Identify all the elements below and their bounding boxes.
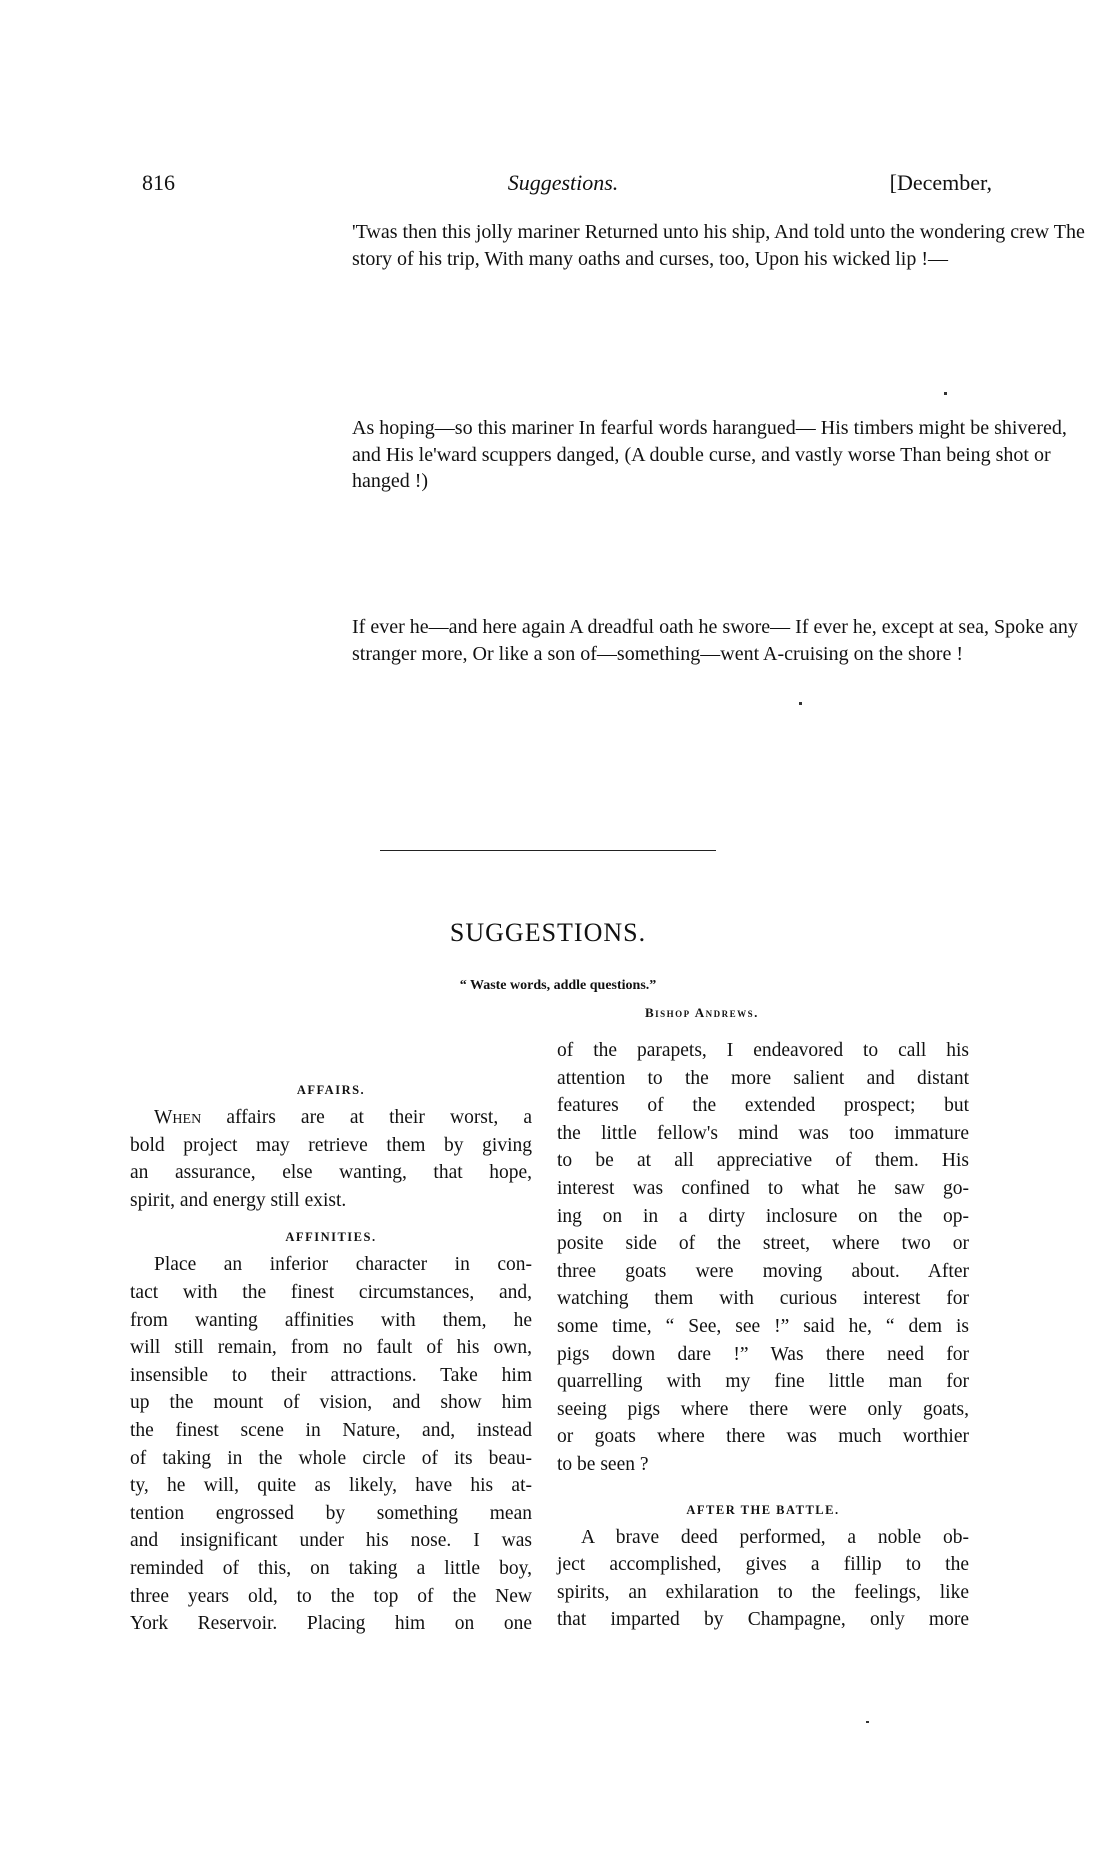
text-line: insensible to their attractions. Take hi… [130, 1362, 532, 1390]
text-line: spirit, and energy still exist. [130, 1187, 532, 1215]
text-line: an assurance, else wanting, that hope, [130, 1159, 532, 1187]
text-line: ject accomplished, gives a fillip to the [557, 1551, 969, 1579]
scan-speck [799, 702, 802, 705]
text-line: A brave deed performed, a noble ob- [557, 1524, 969, 1552]
poem-line: 'Twas then this jolly mariner [352, 221, 580, 243]
text-line: will still remain, from no fault of his … [130, 1334, 532, 1362]
text-line: Place an inferior character in con- [130, 1251, 532, 1279]
text-line: tention engrossed by something mean [130, 1500, 532, 1528]
poem-stanza: If ever he—and here again A dreadful oat… [352, 614, 1096, 667]
paragraph-after-the-battle: A brave deed performed, a noble ob- ject… [557, 1524, 969, 1634]
text-line: of the parapets, I endeavored to call hi… [557, 1037, 969, 1065]
text-line: bold project may retrieve them by giving [130, 1132, 532, 1160]
text-line: quarrelling with my fine little man for [557, 1368, 969, 1396]
text-line: the finest scene in Nature, and, instead [130, 1417, 532, 1445]
section-heading-affairs: AFFAIRS. [130, 1077, 532, 1104]
text-line: seeing pigs where there were only goats, [557, 1396, 969, 1424]
poem-line: His le'ward scuppers danged, [386, 444, 620, 466]
text-line: interest was confined to what he saw go- [557, 1175, 969, 1203]
text-line: that imparted by Champagne, only more [557, 1606, 969, 1634]
scan-speck [866, 1721, 869, 1723]
paragraph-continuation: of the parapets, I endeavored to call hi… [557, 1037, 969, 1479]
poem-stanza: 'Twas then this jolly mariner Returned u… [352, 219, 1096, 272]
text-line: to be seen ? [557, 1451, 969, 1479]
text-line: spirits, an exhilaration to the feelings… [557, 1579, 969, 1607]
poem-stanza: As hoping—so this mariner In fearful wor… [352, 415, 1096, 495]
poem-line: Or like a son of—something—went [473, 643, 760, 665]
text-line: affairs are at their worst, a [201, 1107, 532, 1128]
right-column: of the parapets, I endeavored to call hi… [557, 1037, 969, 1634]
text-line: or goats where there was much worthier [557, 1423, 969, 1451]
text-line: some time, “ See, see !” said he, “ dem … [557, 1313, 969, 1341]
text-line: pigs down dare !” Was there need for [557, 1341, 969, 1369]
text-line: from wanting affinities with them, he [130, 1307, 532, 1335]
poem-line: A-cruising on the shore ! [763, 643, 963, 665]
text-line: the little fellow's mind was too immatur… [557, 1120, 969, 1148]
lead-word: When [154, 1107, 201, 1128]
text-line: three years old, to the top of the New [130, 1583, 532, 1611]
poem-line: And told unto the wondering crew [774, 221, 1049, 243]
section-divider-rule [380, 850, 716, 851]
text-line: features of the extended prospect; but [557, 1092, 969, 1120]
epigraph-attribution: Bishop Andrews. [645, 1005, 759, 1021]
paragraph-affairs: When affairs are at their worst, a bold … [130, 1104, 532, 1214]
text-line: ing on in a dirty inclosure on the op- [557, 1203, 969, 1231]
running-date: [December, [890, 170, 992, 196]
text-line: of taking in the whole circle of its bea… [130, 1445, 532, 1473]
scan-speck [944, 392, 947, 395]
poem-line: As hoping—so this mariner [352, 417, 574, 439]
paragraph-affinities: Place an inferior character in con- tact… [130, 1251, 532, 1637]
text-line: attention to the more salient and distan… [557, 1065, 969, 1093]
left-column: AFFAIRS. When affairs are at their worst… [130, 1077, 532, 1638]
poem-line: If ever he, except at sea, [795, 616, 989, 638]
poem-line: With many oaths and curses, too, [484, 248, 749, 270]
epigraph-quote: “ Waste words, addle questions.” [0, 978, 1096, 994]
text-line: York Reservoir. Placing him on one [130, 1610, 532, 1638]
section-heading-after-the-battle: AFTER THE BATTLE. [557, 1497, 969, 1524]
poem-line: A dreadful oath he swore— [569, 616, 790, 638]
text-line: watching them with curious interest for [557, 1285, 969, 1313]
text-line: tact with the finest circumstances, and, [130, 1279, 532, 1307]
text-line: three goats were moving about. After [557, 1258, 969, 1286]
section-heading-affinities: AFFINITIES. [130, 1224, 532, 1251]
text-line: posite side of the street, where two or [557, 1230, 969, 1258]
article-title: SUGGESTIONS. [0, 918, 1096, 948]
poem-line: (A double curse, and vastly worse [624, 444, 895, 466]
poem-line: Returned unto his ship, [585, 221, 771, 243]
text-line: and insignificant under his nose. I was [130, 1527, 532, 1555]
text-line: to be at all appreciative of them. His [557, 1147, 969, 1175]
poem-line: In fearful words harangued— [579, 417, 816, 439]
text-line: reminded of this, on taking a little boy… [130, 1555, 532, 1583]
text-line: up the mount of vision, and show him [130, 1389, 532, 1417]
poem-line: Upon his wicked lip !— [755, 248, 948, 270]
poem-line: If ever he—and here again [352, 616, 565, 638]
text-line: ty, he will, quite as likely, have his a… [130, 1472, 532, 1500]
